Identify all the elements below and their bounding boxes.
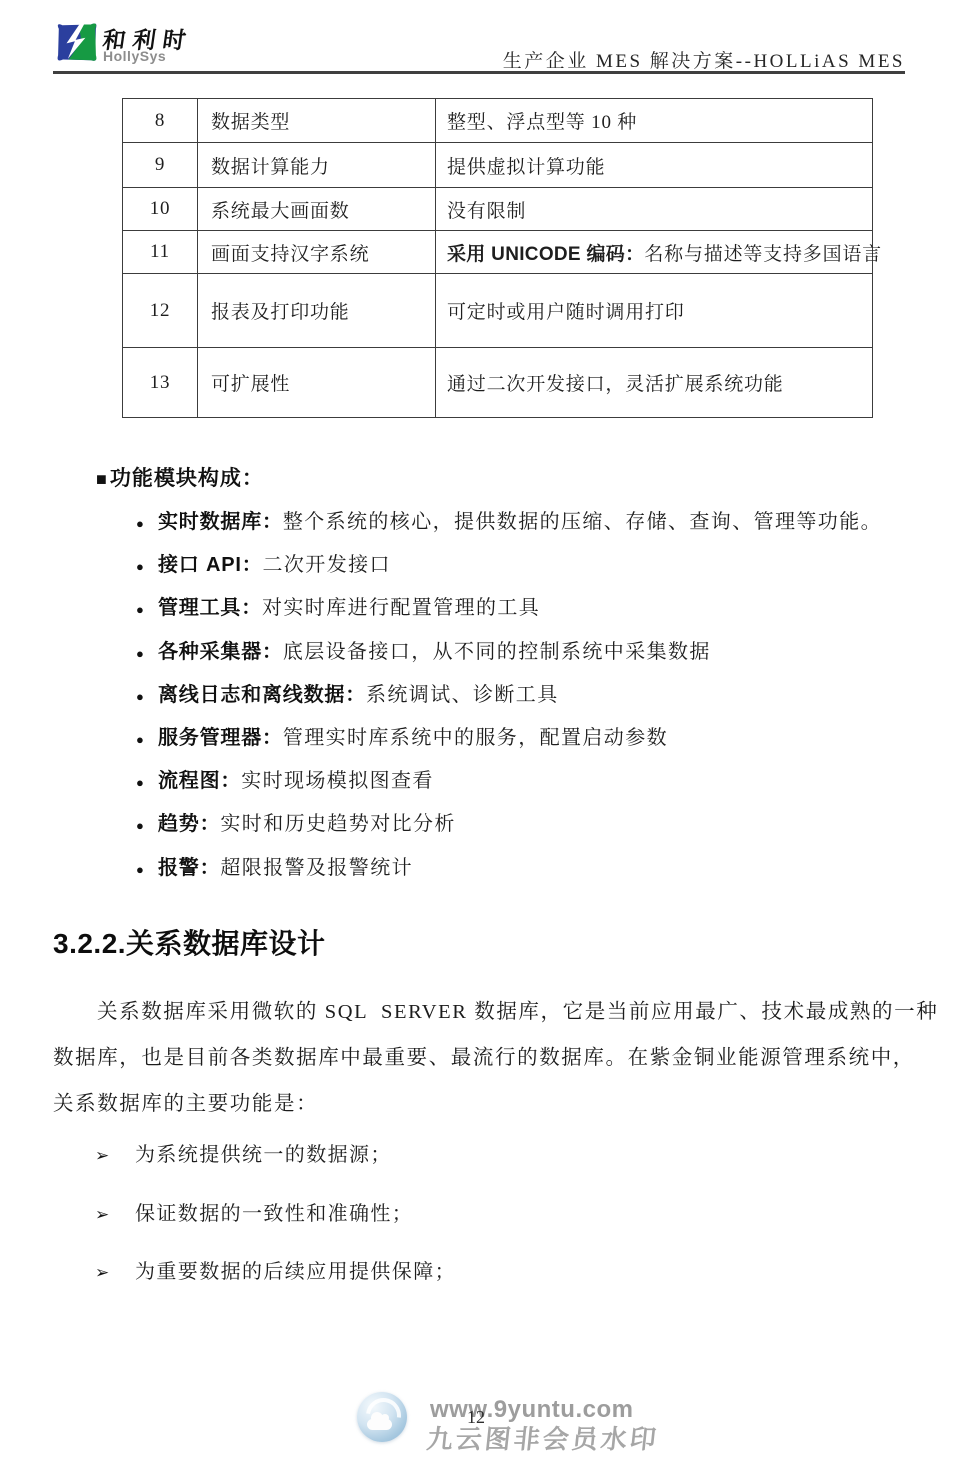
- cloud-icon: [357, 1392, 407, 1442]
- module-label: 流程图：: [158, 770, 241, 792]
- watermark-text: 九云图非会员水印: [425, 1419, 661, 1456]
- description-cell: 采用 UNICODE 编码：名称与描述等支持多国语言: [436, 231, 873, 274]
- table-row: 8 数据类型 整型、浮点型等 10 种: [123, 99, 873, 143]
- module-label: 各种采集器：: [158, 641, 283, 663]
- logo-latin-wordmark: HollySys: [103, 48, 166, 64]
- description-cell: 整型、浮点型等 10 种: [436, 99, 873, 143]
- page-number: 12: [467, 1407, 485, 1428]
- row-number-cell: 10: [123, 188, 198, 231]
- description-text: 名称与描述等支持多国语言: [644, 244, 882, 265]
- module-label: 实时数据库：: [158, 511, 283, 533]
- paragraph-line: 数据库，也是目前各类数据库中最重要、最流行的数据库。在紫金铜业能源管理系统中，: [53, 1035, 913, 1081]
- description-text: 没有限制: [447, 201, 526, 222]
- arrow-bullet-icon: ➢: [95, 1258, 135, 1288]
- description-cell: 提供虚拟计算功能: [436, 143, 873, 188]
- modules-list: ●实时数据库：整个系统的核心，提供数据的压缩、存储、查询、管理等功能。 ●接口 …: [136, 501, 882, 890]
- module-text: 管理实时库系统中的服务，配置启动参数: [283, 727, 668, 749]
- square-bullet-icon: ■: [96, 469, 108, 489]
- row-number-cell: 13: [123, 348, 198, 418]
- module-label: 管理工具：: [158, 597, 262, 619]
- header-title: 生产企业 MES 解决方案--HOLLiAS MES: [503, 46, 905, 73]
- row-number-cell: 9: [123, 143, 198, 188]
- module-text: 实时现场模拟图查看: [241, 770, 434, 792]
- feature-cell: 可扩展性: [198, 348, 436, 418]
- db-function-item: ➢保证数据的一致性和准确性；: [95, 1199, 456, 1229]
- description-text: 通过二次开发接口，灵活扩展系统功能: [447, 374, 784, 395]
- description-text: 提供虚拟计算功能: [447, 157, 605, 178]
- module-label: 服务管理器：: [158, 727, 283, 749]
- header-divider: [53, 71, 905, 74]
- table-row: 9 数据计算能力 提供虚拟计算功能: [123, 143, 873, 188]
- module-item: ●离线日志和离线数据：系统调试、诊断工具: [136, 674, 882, 717]
- cloud-shape: [367, 1419, 392, 1430]
- document-page: 和利时 HollySys 生产企业 MES 解决方案--HOLLiAS MES …: [0, 0, 960, 1465]
- module-item: ●管理工具：对实时库进行配置管理的工具: [136, 587, 882, 630]
- description-text: 整型、浮点型等 10 种: [447, 112, 637, 133]
- table-row: 10 系统最大画面数 没有限制: [123, 188, 873, 231]
- description-cell: 没有限制: [436, 188, 873, 231]
- description-cell: 通过二次开发接口，灵活扩展系统功能: [436, 348, 873, 418]
- bullet-dot-icon: ●: [136, 718, 158, 761]
- row-number-cell: 11: [123, 231, 198, 274]
- table-row: 13 可扩展性 通过二次开发接口，灵活扩展系统功能: [123, 348, 873, 418]
- module-item: ●趋势：实时和历史趋势对比分析: [136, 803, 882, 846]
- body-paragraph: 关系数据库采用微软的 SQL SERVER 数据库，它是当前应用最广、技术最成熟…: [53, 989, 913, 1127]
- module-label: 趋势：: [158, 813, 220, 835]
- db-function-text: 为重要数据的后续应用提供保障；: [135, 1261, 456, 1283]
- module-text: 整个系统的核心，提供数据的压缩、存储、查询、管理等功能。: [283, 511, 882, 533]
- module-text: 实时和历史趋势对比分析: [220, 813, 455, 835]
- row-number-cell: 8: [123, 99, 198, 143]
- modules-heading-text: 功能模块构成：: [110, 467, 264, 490]
- bullet-dot-icon: ●: [136, 675, 158, 718]
- module-label: 报警：: [158, 857, 220, 879]
- module-item: ●报警：超限报警及报警统计: [136, 847, 882, 890]
- feature-cell: 报表及打印功能: [198, 274, 436, 348]
- module-item: ●实时数据库：整个系统的核心，提供数据的压缩、存储、查询、管理等功能。: [136, 501, 882, 544]
- db-function-list: ➢为系统提供统一的数据源； ➢保证数据的一致性和准确性； ➢为重要数据的后续应用…: [95, 1140, 456, 1316]
- paragraph-line: 关系数据库的主要功能是：: [53, 1081, 913, 1127]
- bullet-dot-icon: ●: [136, 761, 158, 804]
- description-bold: 采用 UNICODE 编码：: [447, 244, 644, 265]
- hollysys-logo-icon: [56, 21, 98, 63]
- table-row: 12 报表及打印功能 可定时或用户随时调用打印: [123, 274, 873, 348]
- bullet-dot-icon: ●: [136, 848, 158, 891]
- module-text: 底层设备接口，从不同的控制系统中采集数据: [283, 641, 711, 663]
- module-item: ●服务管理器：管理实时库系统中的服务，配置启动参数: [136, 717, 882, 760]
- db-function-item: ➢为重要数据的后续应用提供保障；: [95, 1257, 456, 1287]
- module-text: 对实时库进行配置管理的工具: [262, 597, 540, 619]
- feature-cell: 数据类型: [198, 99, 436, 143]
- db-function-text: 为系统提供统一的数据源；: [135, 1144, 392, 1166]
- bullet-dot-icon: ●: [136, 588, 158, 631]
- bullet-dot-icon: ●: [136, 804, 158, 847]
- module-item: ●接口 API：二次开发接口: [136, 544, 882, 587]
- row-number-cell: 12: [123, 274, 198, 348]
- module-text: 超限报警及报警统计: [220, 857, 413, 879]
- module-text: 系统调试、诊断工具: [366, 684, 559, 706]
- description-cell: 可定时或用户随时调用打印: [436, 274, 873, 348]
- feature-cell: 系统最大画面数: [198, 188, 436, 231]
- arrow-bullet-icon: ➢: [95, 1200, 135, 1230]
- bullet-dot-icon: ●: [136, 632, 158, 675]
- db-function-text: 保证数据的一致性和准确性；: [135, 1203, 413, 1225]
- bullet-dot-icon: ●: [136, 502, 158, 545]
- module-text: 二次开发接口: [263, 554, 391, 576]
- description-text: 可定时或用户随时调用打印: [447, 302, 685, 323]
- module-item: ●流程图：实时现场模拟图查看: [136, 760, 882, 803]
- feature-cell: 画面支持汉字系统: [198, 231, 436, 274]
- module-label: 离线日志和离线数据：: [158, 684, 366, 706]
- table-row: 11 画面支持汉字系统 采用 UNICODE 编码：名称与描述等支持多国语言: [123, 231, 873, 274]
- bullet-dot-icon: ●: [136, 545, 158, 588]
- db-function-item: ➢为系统提供统一的数据源；: [95, 1140, 456, 1170]
- feature-spec-table: 8 数据类型 整型、浮点型等 10 种 9 数据计算能力 提供虚拟计算功能 10…: [122, 98, 873, 418]
- paragraph-line: 关系数据库采用微软的 SQL SERVER 数据库，它是当前应用最广、技术最成熟…: [53, 989, 913, 1035]
- modules-heading: ■功能模块构成：: [96, 462, 264, 492]
- feature-cell: 数据计算能力: [198, 143, 436, 188]
- section-heading: 3.2.2.关系数据库设计: [53, 922, 326, 962]
- module-item: ●各种采集器：底层设备接口，从不同的控制系统中采集数据: [136, 631, 882, 674]
- module-label: 接口 API：: [158, 554, 263, 576]
- arrow-bullet-icon: ➢: [95, 1141, 135, 1171]
